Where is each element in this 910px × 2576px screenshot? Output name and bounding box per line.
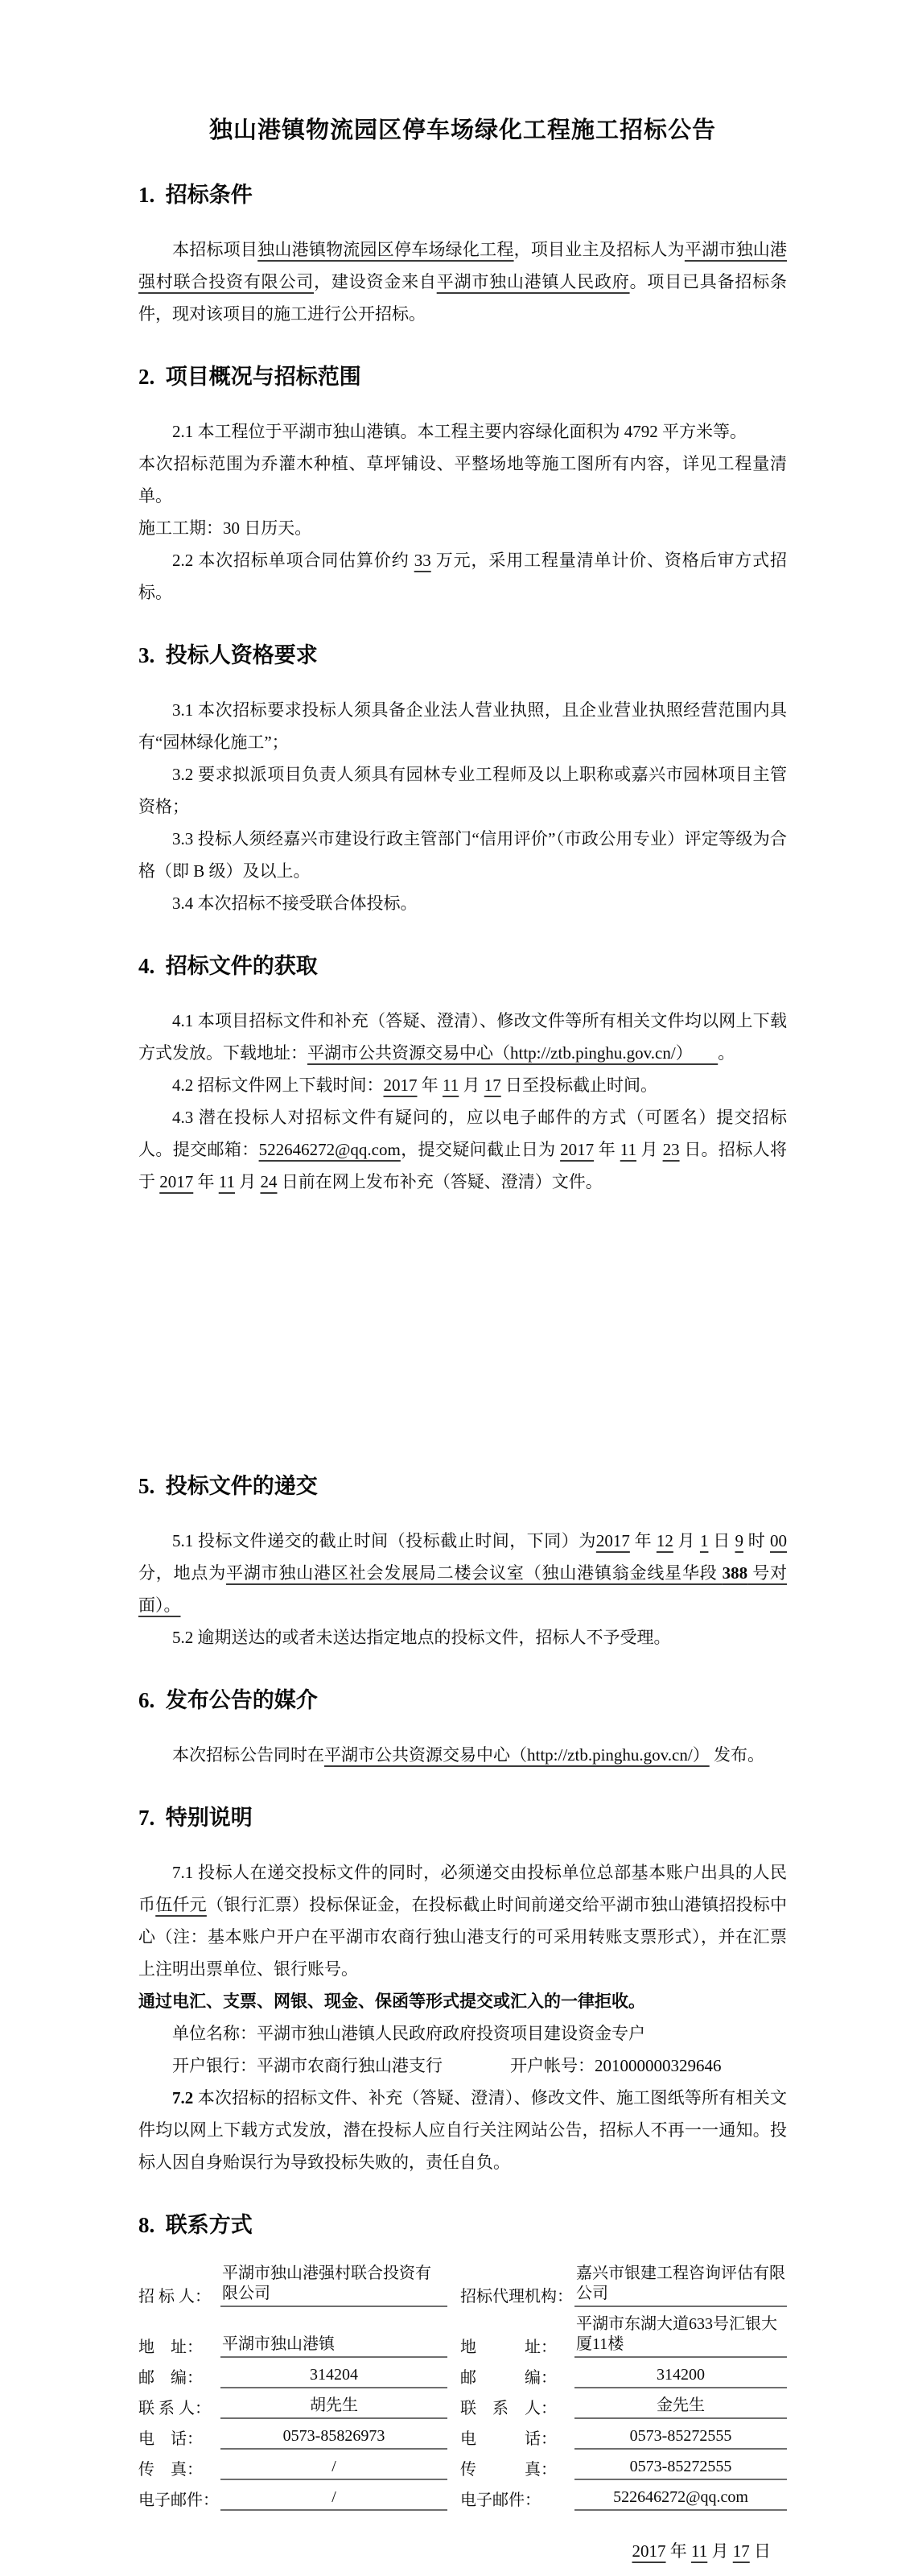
paragraph: 本次招标公告同时在平湖市公共资源交易中心（http://ztb.pinghu.g… [138, 1739, 787, 1771]
text-run: 2017 [596, 1531, 630, 1550]
contact-row: 地 址：平湖市独山港镇地 址：平湖市东湖大道633号汇银大厦11楼 [138, 2314, 787, 2358]
paragraph: 施工工期：30 日历天。 [138, 512, 787, 544]
text-run: 平湖市公共资源交易中心（http://ztb.pinghu.gov.cn/） [324, 1745, 710, 1765]
contact-column: 联 系 人：金先生 [460, 2396, 787, 2419]
section-8-contact-info: 8. 联系方式 招 标 人：平湖市独山港强村联合投资有限公司招标代理机构：嘉兴市… [138, 2211, 787, 2511]
contact-row: 联 系 人：胡先生联 系 人：金先生 [138, 2396, 787, 2419]
text-run: 年 [418, 1075, 443, 1095]
text-run: 11 [691, 2541, 707, 2561]
document-content: 独山港镇物流园区停车场绿化工程施工招标公告 1. 招标条件 本招标项目独山港镇物… [0, 0, 910, 2562]
contact-column: 电子邮件：/ [138, 2487, 447, 2511]
text-run: 3.4 本次招标不接受联合体投标。 [172, 894, 418, 913]
text-run: 388 [723, 1563, 748, 1583]
document-title: 独山港镇物流园区停车场绿化工程施工招标公告 [138, 113, 787, 148]
text-run: 月 [707, 2541, 733, 2561]
text-run: 17 [484, 1075, 501, 1095]
text-run: ，项目业主及招标人为 [514, 240, 685, 259]
paragraph: 2.1 本工程位于平湖市独山港镇。本工程主要内容绿化面积为 4792 平方米等。 [138, 415, 787, 448]
section-8-heading: 8. 联系方式 [138, 2211, 787, 2240]
section-1-bidding-conditions: 1. 招标条件 本招标项目独山港镇物流园区停车场绿化工程，项目业主及招标人为平湖… [138, 180, 787, 330]
contact-value: 平湖市独山港镇 [220, 2334, 447, 2358]
contact-value: 平湖市东湖大道633号汇银大厦11楼 [574, 2314, 787, 2358]
text-run: ，提交疑问截止日为 [401, 1140, 560, 1159]
contact-column: 联 系 人：胡先生 [138, 2396, 447, 2419]
contact-label: 邮 编： [460, 2368, 574, 2388]
section-4-obtaining-documents: 4. 招标文件的获取 4.1 本项目招标文件和补充（答疑、澄清）、修改文件等所有… [138, 952, 787, 1198]
contact-value: / [220, 2487, 447, 2511]
text-run: 开户银行：平湖市农商行独山港支行 开户帐号：201000000329646 [172, 2056, 722, 2075]
contact-label: 传 真： [460, 2460, 574, 2480]
paragraph: 7.1 投标人在递交投标文件的同时，必须递交由投标单位总部基本账户出具的人民币伍… [138, 1856, 787, 1985]
paragraph: 3.4 本次招标不接受联合体投标。 [138, 887, 787, 919]
text-run: 11 [219, 1172, 235, 1191]
text-run: 2017 [159, 1172, 193, 1191]
section-6-heading: 6. 发布公告的媒介 [138, 1686, 787, 1715]
text-run: 522646272@qq.com [259, 1140, 401, 1159]
text-run: 33 [414, 551, 431, 570]
text-run: （银行汇票）投标保证金，在投标截止时间前递交给平湖市独山港镇招投标中心（注：基本… [138, 1895, 787, 1979]
text-run: 施工工期：30 日历天。 [138, 518, 311, 538]
text-run: 本招标项目 [172, 240, 257, 259]
contact-column: 邮 编：314200 [460, 2365, 787, 2388]
paragraph: 4.1 本项目招标文件和补充（答疑、澄清）、修改文件等所有相关文件均以网上下载方… [138, 1005, 787, 1069]
text-run: 2017 [560, 1140, 594, 1159]
text-run: 17 [733, 2541, 750, 2561]
paragraph: 通过电汇、支票、网银、现金、保函等形式提交或汇入的一律拒收。 [138, 1985, 787, 2017]
contact-column: 地 址：平湖市独山港镇 [138, 2334, 447, 2358]
text-run: 日 [708, 1531, 735, 1550]
contact-label: 传 真： [138, 2460, 220, 2480]
section-5-heading: 5. 投标文件的递交 [138, 1472, 787, 1501]
contact-column: 招 标 人：平湖市独山港强村联合投资有限公司 [138, 2264, 447, 2307]
contact-label: 电 话： [138, 2429, 220, 2450]
contact-row: 邮 编：314204邮 编：314200 [138, 2365, 787, 2388]
document-page: 独山港镇物流园区停车场绿化工程施工招标公告 1. 招标条件 本招标项目独山港镇物… [0, 0, 910, 2576]
text-run: 独山港镇物流园区停车场绿化工程 [257, 240, 513, 259]
text-run: 发布。 [710, 1745, 764, 1765]
text-run: 5.2 逾期送达的或者未送达指定地点的投标文件，招标人不予受理。 [172, 1628, 671, 1647]
section-3-heading: 3. 投标人资格要求 [138, 641, 787, 670]
contact-value: 314200 [574, 2365, 787, 2388]
paragraph: 2.2 本次招标单项合同估算价约 33 万元，采用工程量清单计价、资格后审方式招… [138, 544, 787, 609]
paragraph: 本招标项目独山港镇物流园区停车场绿化工程，项目业主及招标人为平湖市独山港强村联合… [138, 233, 787, 330]
text-run: 2.2 本次招标单项合同估算价约 [172, 551, 414, 570]
contact-value: 平湖市独山港强村联合投资有限公司 [220, 2264, 447, 2307]
date-line: 2017 年 11 月 17 日 [138, 2538, 787, 2562]
contact-label: 电 话： [460, 2429, 574, 2450]
contact-value: 522646272@qq.com [574, 2487, 787, 2511]
paragraph: 7.2 本次招标的招标文件、补充（答疑、澄清）、修改文件、施工图纸等所有相关文件… [138, 2082, 787, 2178]
text-run: 月 [673, 1531, 700, 1550]
text-run: 9 [735, 1531, 743, 1550]
contact-label: 电子邮件： [460, 2491, 574, 2511]
text-run: 本次招标的招标文件、补充（答疑、澄清）、修改文件、施工图纸等所有相关文件均以网上… [138, 2088, 787, 2172]
paragraph: 4.2 招标文件网上下载时间：2017 年 11 月 17 日至投标截止时间。 [138, 1069, 787, 1101]
text-run: 本次招标公告同时在 [172, 1745, 324, 1765]
text-run: 通过电汇、支票、网银、现金、保函等形式提交或汇入的一律拒收。 [138, 1992, 645, 2011]
text-run: 伍仟元 [155, 1895, 207, 1914]
paragraph: 5.2 逾期送达的或者未送达指定地点的投标文件，招标人不予受理。 [138, 1621, 787, 1653]
section-6-announcement-media: 6. 发布公告的媒介 本次招标公告同时在平湖市公共资源交易中心（http://z… [138, 1686, 787, 1771]
contact-column: 邮 编：314204 [138, 2365, 447, 2388]
contact-row: 传 真：/传 真：0573-85272555 [138, 2457, 787, 2480]
section-7-special-notes: 7. 特别说明 7.1 投标人在递交投标文件的同时，必须递交由投标单位总部基本账… [138, 1803, 787, 2178]
section-2-heading: 2. 项目概况与招标范围 [138, 362, 787, 391]
contact-value: 0573-85272555 [574, 2426, 787, 2450]
text-run: 00 [770, 1531, 787, 1550]
contact-column: 电 话：0573-85826973 [138, 2426, 447, 2450]
text-run: ，建设资金来自 [314, 272, 437, 291]
paragraph: 5.1 投标文件递交的截止时间（投标截止时间，下同）为2017 年 12 月 1… [138, 1525, 787, 1621]
text-run: 2017 [384, 1075, 418, 1095]
text-run: 分，地点为 [138, 1563, 226, 1583]
text-run: 3.3 投标人须经嘉兴市建设行政主管部门“信用评价”（市政公用专业）评定等级为合… [138, 829, 787, 881]
text-run: 1 [700, 1531, 709, 1550]
contact-value: 金先生 [574, 2396, 787, 2419]
contact-column: 传 真：0573-85272555 [460, 2457, 787, 2480]
text-run: 3.2 要求拟派项目负责人须具有园林专业工程师及以上职称或嘉兴市园林项目主管资格… [138, 765, 787, 816]
contact-label: 联 系 人： [460, 2399, 574, 2419]
contact-column: 电子邮件：522646272@qq.com [460, 2487, 787, 2511]
text-run: 24 [260, 1172, 277, 1191]
text-run: 23 [663, 1140, 680, 1159]
contact-row: 招 标 人：平湖市独山港强村联合投资有限公司招标代理机构：嘉兴市银建工程咨询评估… [138, 2264, 787, 2307]
text-run: 平湖市独山港区社会发展局二楼会议室（独山港镇翁金线星华段 [226, 1563, 723, 1583]
text-run: 年 [193, 1172, 219, 1191]
text-run: 本次招标范围为乔灌木种植、草坪铺设、平整场地等施工图所有内容，详见工程量清单。 [138, 454, 787, 506]
text-run: 月 [459, 1075, 484, 1095]
text-run: 日 [750, 2541, 771, 2561]
section-5-bid-submission: 5. 投标文件的递交 5.1 投标文件递交的截止时间（投标截止时间，下同）为20… [138, 1472, 787, 1653]
text-run: 11 [443, 1075, 459, 1095]
contact-label: 招标代理机构： [460, 2287, 574, 2307]
text-run: 2.1 本工程位于平湖市独山港镇。本工程主要内容绿化面积为 4792 平方米等。 [172, 422, 747, 441]
contact-table: 招 标 人：平湖市独山港强村联合投资有限公司招标代理机构：嘉兴市银建工程咨询评估… [138, 2264, 787, 2511]
text-run: 平湖市独山港镇人民政府 [437, 272, 630, 291]
text-run: 7.2 [172, 2088, 193, 2107]
text-run: 年 [594, 1140, 620, 1159]
paragraph: 3.1 本次招标要求投标人须具备企业法人营业执照，且企业营业执照经营范围内具有“… [138, 694, 787, 758]
text-run: 。 [718, 1043, 735, 1063]
text-run: 4.2 招标文件网上下载时间： [172, 1075, 384, 1095]
contact-label: 地 址： [138, 2338, 220, 2358]
contact-column: 地 址：平湖市东湖大道633号汇银大厦11楼 [460, 2314, 787, 2358]
text-run: 5.1 投标文件递交的截止时间（投标截止时间，下同）为 [172, 1531, 596, 1550]
paragraph: 4.3 潜在投标人对招标文件有疑问的，应以电子邮件的方式（可匿名）提交招标人。提… [138, 1101, 787, 1198]
text-run: 3.1 本次招标要求投标人须具备企业法人营业执照，且企业营业执照经营范围内具有“… [138, 700, 787, 752]
contact-label: 邮 编： [138, 2368, 220, 2388]
section-1-heading: 1. 招标条件 [138, 180, 787, 209]
text-run: 11 [620, 1140, 636, 1159]
paragraph: 3.2 要求拟派项目负责人须具有园林专业工程师及以上职称或嘉兴市园林项目主管资格… [138, 758, 787, 823]
section-4-heading: 4. 招标文件的获取 [138, 952, 787, 980]
contact-value: 0573-85272555 [574, 2457, 787, 2480]
paragraph: 3.3 投标人须经嘉兴市建设行政主管部门“信用评价”（市政公用专业）评定等级为合… [138, 823, 787, 887]
text-run: 时 [743, 1531, 770, 1550]
section-2-project-overview: 2. 项目概况与招标范围 2.1 本工程位于平湖市独山港镇。本工程主要内容绿化面… [138, 362, 787, 609]
contact-label: 电子邮件： [138, 2491, 220, 2511]
contact-value: 嘉兴市银建工程咨询评估有限公司 [574, 2264, 787, 2307]
contact-value: 314204 [220, 2365, 447, 2388]
text-run: 月 [235, 1172, 261, 1191]
contact-row: 电 话：0573-85826973电 话：0573-85272555 [138, 2426, 787, 2450]
contact-column: 招标代理机构：嘉兴市银建工程咨询评估有限公司 [460, 2264, 787, 2307]
text-run: 日至投标截止时间。 [501, 1075, 657, 1095]
contact-value: / [220, 2457, 447, 2480]
contact-column: 传 真：/ [138, 2457, 447, 2480]
paragraph: 本次招标范围为乔灌木种植、草坪铺设、平整场地等施工图所有内容，详见工程量清单。 [138, 448, 787, 512]
page-break-spacer [138, 1198, 787, 1439]
contact-label: 地 址： [460, 2338, 574, 2358]
text-run: 平湖市公共资源交易中心（http://ztb.pinghu.gov.cn/） [307, 1043, 718, 1063]
contact-label: 招 标 人： [138, 2287, 220, 2307]
contact-column: 电 话：0573-85272555 [460, 2426, 787, 2450]
text-run: 日前在网上发布补充（答疑、澄清）文件。 [277, 1172, 602, 1191]
contact-row: 电子邮件：/电子邮件：522646272@qq.com [138, 2487, 787, 2511]
text-run: 12 [657, 1531, 673, 1550]
text-run: 单位名称：平湖市独山港镇人民政府政府投资项目建设资金专户 [172, 2024, 645, 2043]
text-run: 年 [630, 1531, 657, 1550]
text-run: 年 [666, 2541, 692, 2561]
section-7-heading: 7. 特别说明 [138, 1803, 787, 1832]
text-run: 2017 [632, 2541, 666, 2561]
text-run: 月 [636, 1140, 663, 1159]
contact-label: 联 系 人： [138, 2399, 220, 2419]
contact-value: 0573-85826973 [220, 2426, 447, 2450]
contact-value: 胡先生 [220, 2396, 447, 2419]
section-3-bidder-qualifications: 3. 投标人资格要求 3.1 本次招标要求投标人须具备企业法人营业执照，且企业营… [138, 641, 787, 919]
paragraph: 开户银行：平湖市农商行独山港支行 开户帐号：201000000329646 [138, 2050, 787, 2082]
paragraph: 单位名称：平湖市独山港镇人民政府政府投资项目建设资金专户 [138, 2017, 787, 2050]
